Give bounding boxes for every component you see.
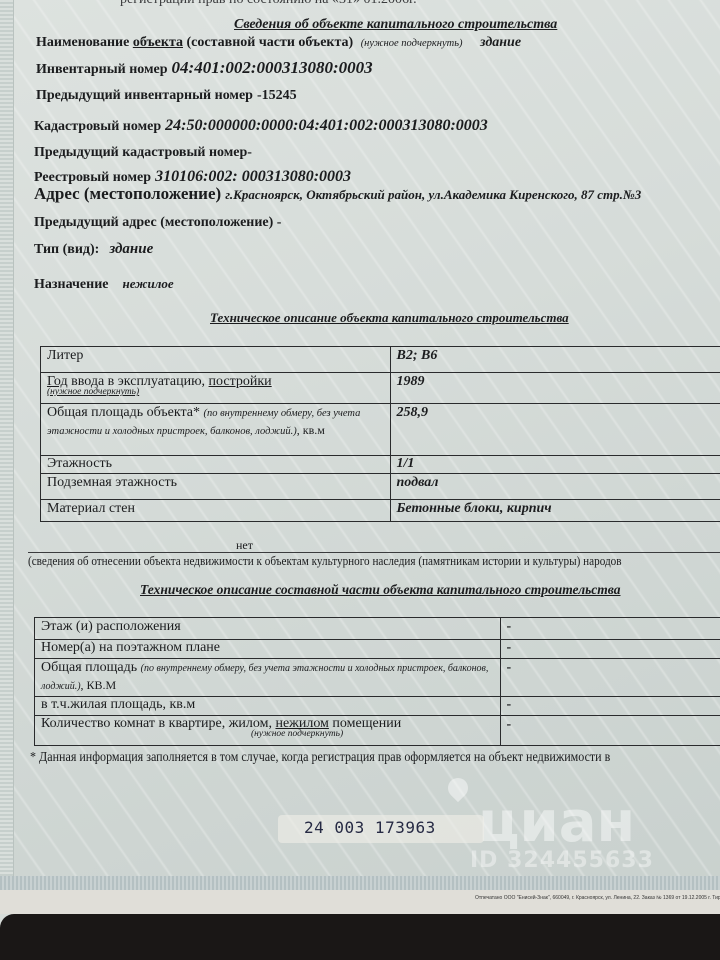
row-value-total-area: - [500,659,720,697]
cian-pin-icon [444,774,472,802]
row-value-liter: В2; В6 [390,347,720,373]
table-row: Материал стен Бетонные блоки, кирпич [41,500,720,522]
header-cut-text: регистрации прав по состоянию на «31» 01… [120,0,417,8]
row-value-walls: Бетонные блоки, кирпич [390,500,720,522]
row-value-plan-number: - [500,640,720,659]
table-row: Общая площадь (по внутреннему обмеру, бе… [35,659,720,697]
table-row: Этаж (и) расположения - [35,618,720,640]
row-label-plan-number: Номер(а) на поэтажном плане [35,640,501,659]
row-value-floor-location: - [500,618,720,640]
row-label-year: Год ввода в эксплуатацию, постройки (нуж… [41,373,391,404]
cadastral-row: Кадастровый номер 24:50:000000:0000:04:4… [34,117,488,135]
prev-inventory-value: -15245 [257,88,297,103]
table-row: Год ввода в эксплуатацию, постройки (нуж… [41,373,720,404]
table-row: Подземная этажность подвал [41,474,720,500]
table-row: Номер(а) на поэтажном плане - [35,640,720,659]
table-row: Этажность 1/1 [41,456,720,474]
address-label: Адрес (местоположение) [34,184,221,203]
section-title-object-info: Сведения об объекте капитального строите… [234,17,557,33]
area-unit: , кв.м [297,423,325,437]
technical-table: Литер В2; В6 Год ввода в эксплуатацию, п… [40,346,720,522]
row-label-liter: Литер [41,347,391,373]
total-area-label: Общая площадь [41,660,137,675]
background-surface [0,914,720,960]
row-label-walls: Материал стен [41,500,391,522]
prev-inventory-row: Предыдущий инвентарный номер -15245 [36,86,297,104]
area-label: Общая площадь объекта* [47,405,200,420]
page-left-border [0,0,14,900]
document-page: регистрации прав по состоянию на «31» 01… [0,0,720,900]
heritage-value: нет [236,538,253,553]
footnote-text: * Данная информация заполняется в том сл… [30,750,610,766]
name-row: Наименование объекта (составной части об… [36,35,521,51]
section-title-component: Техническое описание составной части объ… [140,582,621,598]
name-label-prefix: Наименование [36,35,133,50]
purpose-row: Назначение нежилое [34,275,174,293]
prev-address-label: Предыдущий адрес (местоположение) - [34,215,281,231]
page-bottom-border [0,876,720,890]
registry-value: 310106:002: 000313080:0003 [155,168,351,185]
heritage-caption: (сведения об отнесении объекта недвижимо… [28,553,718,569]
rooms-label-prefix: Количество комнат в квартире, жилом, [41,716,275,731]
registry-label: Реестровый номер [34,170,151,185]
table-row: Количество комнат в квартире, жилом, неж… [35,716,720,746]
section-title-technical: Техническое описание объекта капитальног… [210,310,569,326]
year-label-postroyki: постройки [209,374,272,389]
row-value-rooms: - [500,716,720,746]
row-label-floor-location: Этаж (и) расположения [35,618,501,640]
prev-inventory-label: Предыдущий инвентарный номер [36,88,253,103]
cadastral-value: 24:50:000000:0000:04:401:002:000313080:0… [165,117,488,134]
row-value-area: 258,9 [390,404,720,456]
type-label: Тип (вид): [34,242,99,257]
table-row: Общая площадь объекта* (по внутреннему о… [41,404,720,456]
type-value: здание [109,241,153,257]
row-label-floors: Этажность [41,456,391,474]
prev-cadastral-label: Предыдущий кадастровый номер- [34,145,252,161]
footnote: * Данная информация заполняется в том сл… [30,750,705,766]
heritage-caption-text: (сведения об отнесении объекта недвижимо… [28,553,622,569]
row-label-area: Общая площадь объекта* (по внутреннему о… [41,404,391,456]
row-label-rooms: Количество комнат в квартире, жилом, неж… [35,716,501,746]
serial-number: 24 003 173963 [304,818,436,837]
row-value-floors: 1/1 [390,456,720,474]
total-area-unit: , КВ.М [81,678,117,692]
row-label-living-area: в т.ч.жилая площадь, кв.м [35,697,501,716]
inventory-label: Инвентарный номер [36,62,168,77]
inventory-value: 04:401:002:000313080:0003 [172,58,373,77]
row-value-underground: подвал [390,474,720,500]
cian-listing-id: ID 324455633 [470,848,654,873]
type-row: Тип (вид): здание [34,240,153,258]
cian-watermark: циан [478,790,635,855]
address-value: г.Красноярск, Октябрьский район, ул.Акад… [225,187,641,202]
purpose-value: нежилое [122,276,173,291]
purpose-label: Назначение [34,277,108,292]
printer-line: Отпечатано ООО "Енисей-Знак", 660049, г.… [475,895,720,901]
row-label-total-area: Общая площадь (по внутреннему обмеру, бе… [35,659,501,697]
row-label-underground: Подземная этажность [41,474,391,500]
component-table: Этаж (и) расположения - Номер(а) на поэт… [34,617,720,746]
name-label-object: объекта [133,35,183,50]
inventory-row: Инвентарный номер 04:401:002:000313080:0… [36,58,373,78]
heritage-line: нет [28,539,720,553]
cadastral-label: Кадастровый номер [34,119,161,134]
name-hint: (нужное подчеркнуть) [361,38,463,49]
name-label-part: (составной части объекта) [183,35,353,50]
name-value: здание [480,35,521,50]
page-bottom-margin [0,890,720,914]
address-row: Адрес (местоположение) г.Красноярск, Окт… [34,184,641,204]
row-value-living-area: - [500,697,720,716]
table-row: Литер В2; В6 [41,347,720,373]
table-row: в т.ч.жилая площадь, кв.м - [35,697,720,716]
row-value-year: 1989 [390,373,720,404]
